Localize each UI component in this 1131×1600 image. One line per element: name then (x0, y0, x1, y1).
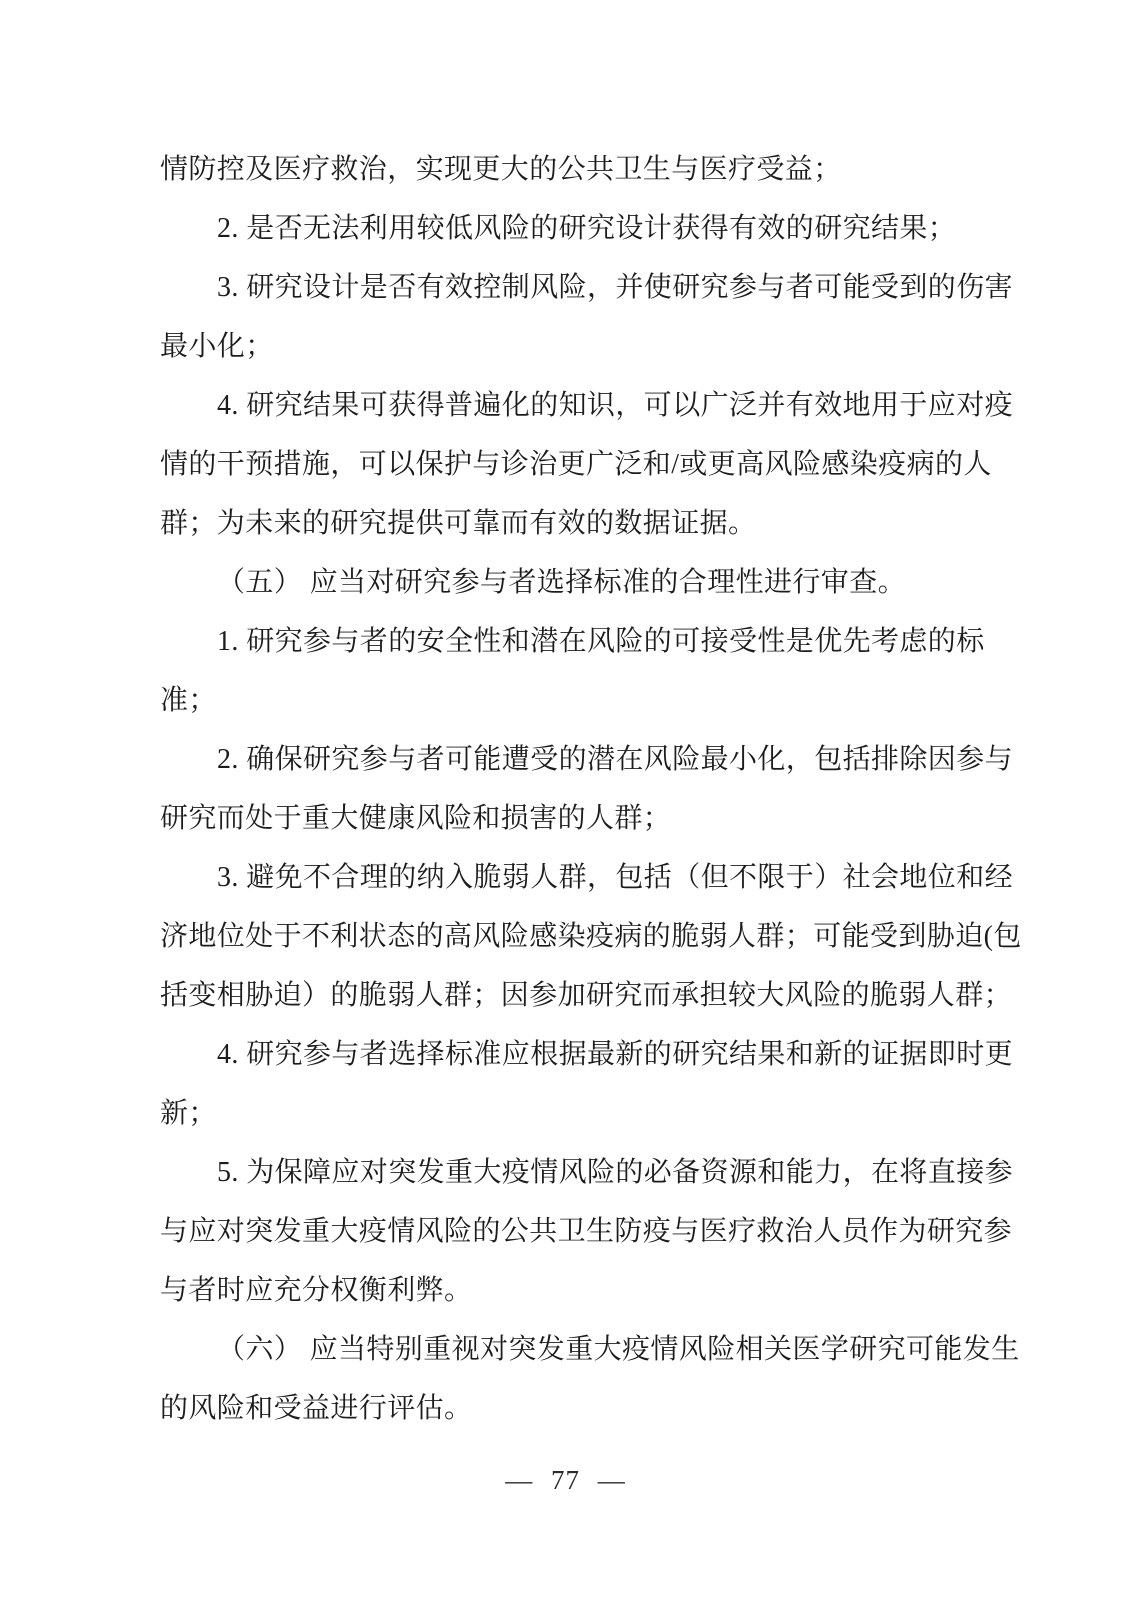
text-line: 研究而处于重大健康风险和损害的人群； (160, 789, 958, 848)
text-line: 3. 研究设计是否有效控制风险，并使研究参与者可能受到的伤害 (160, 258, 958, 317)
text-line: 2. 是否无法利用较低风险的研究设计获得有效的研究结果； (160, 199, 958, 258)
document-page: 情防控及医疗救治，实现更大的公共卫生与医疗受益；2. 是否无法利用较低风险的研究… (0, 0, 1131, 1600)
text-line: 情的干预措施，可以保护与诊治更广泛和/或更高风险感染疫病的人 (160, 435, 958, 494)
text-line: （六） 应当特别重视对突发重大疫情风险相关医学研究可能发生 (160, 1320, 958, 1379)
text-line: 的风险和受益进行评估。 (160, 1379, 958, 1438)
text-line: 与者时应充分权衡利弊。 (160, 1261, 958, 1320)
text-line: 济地位处于不利状态的高风险感染疫病的脆弱人群；可能受到胁迫(包 (160, 907, 958, 966)
text-line: 1. 研究参与者的安全性和潜在风险的可接受性是优先考虑的标 (160, 612, 958, 671)
text-line: 群；为未来的研究提供可靠而有效的数据证据。 (160, 494, 958, 553)
text-line: 4. 研究参与者选择标准应根据最新的研究结果和新的证据即时更 (160, 1025, 958, 1084)
text-line: 最小化； (160, 317, 958, 376)
text-line: 2. 确保研究参与者可能遭受的潜在风险最小化，包括排除因参与 (160, 730, 958, 789)
text-line: 准； (160, 671, 958, 730)
text-line: 3. 避免不合理的纳入脆弱人群，包括（但不限于）社会地位和经 (160, 848, 958, 907)
text-line: 4. 研究结果可获得普遍化的知识，可以广泛并有效地用于应对疫 (160, 376, 958, 435)
text-line: 情防控及医疗救治，实现更大的公共卫生与医疗受益； (160, 140, 958, 199)
text-line: （五） 应当对研究参与者选择标准的合理性进行审查。 (160, 553, 958, 612)
page-footer: — 77 — (0, 1462, 1131, 1498)
text-line: 5. 为保障应对突发重大疫情风险的必备资源和能力，在将直接参 (160, 1143, 958, 1202)
document-body: 情防控及医疗救治，实现更大的公共卫生与医疗受益；2. 是否无法利用较低风险的研究… (160, 140, 958, 1438)
text-line: 与应对突发重大疫情风险的公共卫生防疫与医疗救治人员作为研究参 (160, 1202, 958, 1261)
text-line: 括变相胁迫）的脆弱人群；因参加研究而承担较大风险的脆弱人群； (160, 966, 958, 1025)
text-line: 新； (160, 1084, 958, 1143)
page-number: — 77 — (505, 1465, 626, 1495)
